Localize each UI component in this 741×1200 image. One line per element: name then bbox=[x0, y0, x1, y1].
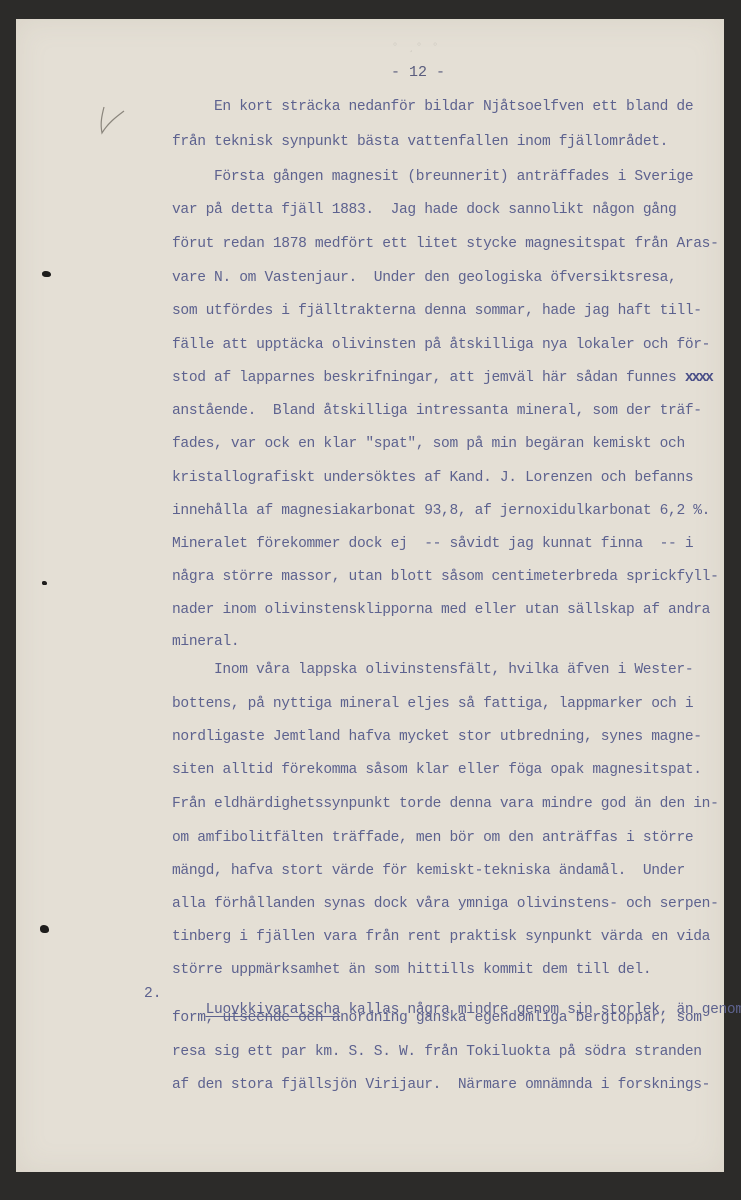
text-line: anstående. Bland åtskilliga intressanta … bbox=[172, 403, 702, 419]
text-line: vare N. om Vastenjaur. Under den geologi… bbox=[172, 270, 676, 286]
text-line-content: större uppmärksamhet än som hittills kom… bbox=[172, 962, 651, 978]
text-line-content: nader inom olivinstensklipporna med elle… bbox=[172, 602, 710, 618]
text-line: om amfibolitfälten träffade, men bör om … bbox=[172, 830, 693, 846]
text-line: mängd, hafva stort värde för kemiskt-tek… bbox=[172, 863, 685, 879]
text-line: Första gången magnesit (breunnerit) antr… bbox=[214, 169, 693, 185]
text-line-content: från teknisk synpunkt bästa vattenfallen… bbox=[172, 134, 668, 150]
text-line: Mineralet förekommer dock ej -- såvidt j… bbox=[172, 536, 693, 552]
text-line-content: förut redan 1878 medfört ett litet styck… bbox=[172, 236, 719, 252]
text-line: fades, var ock en klar "spat", som på mi… bbox=[172, 436, 685, 452]
text-line: några större massor, utan blott såsom ce… bbox=[172, 569, 719, 585]
text-line-content: En kort sträcka nedanför bildar Njåtsoel… bbox=[214, 99, 693, 115]
text-line: förut redan 1878 medfört ett litet styck… bbox=[172, 236, 719, 252]
text-line: från teknisk synpunkt bästa vattenfallen… bbox=[172, 134, 668, 150]
text-line: Inom våra lappska olivinstensfält, hvilk… bbox=[214, 662, 693, 678]
text-line-content: kristallografiskt undersöktes af Kand. J… bbox=[172, 470, 693, 486]
document-page: ° ¸° ° - 12 - En kort sträcka nedanför b… bbox=[16, 19, 724, 1172]
page-number: - 12 - bbox=[391, 64, 445, 81]
text-line: innehålla af magnesiakarbonat 93,8, af j… bbox=[172, 503, 710, 519]
text-line-content: Första gången magnesit (breunnerit) antr… bbox=[214, 169, 693, 185]
text-line: alla förhållanden synas dock våra ymniga… bbox=[172, 896, 719, 912]
text-line-content: siten alltid förekomma såsom klar eller … bbox=[172, 762, 702, 778]
text-line: form, utseende och anordning ganska egen… bbox=[172, 1010, 702, 1026]
text-line-content: bottens, på nyttiga mineral eljes så fat… bbox=[172, 696, 693, 712]
text-line: var på detta fjäll 1883. Jag hade dock s… bbox=[172, 202, 676, 218]
checkmark-icon bbox=[88, 99, 128, 139]
struck-out-text: xxxx bbox=[685, 370, 712, 386]
punch-hole-3 bbox=[40, 925, 49, 933]
text-line-content: anstående. Bland åtskilliga intressanta … bbox=[172, 403, 702, 419]
text-line: af den stora fjällsjön Virijaur. Närmare… bbox=[172, 1077, 710, 1093]
text-line-content: form, utseende och anordning ganska egen… bbox=[172, 1010, 702, 1026]
text-line: bottens, på nyttiga mineral eljes så fat… bbox=[172, 696, 693, 712]
text-line-content: Mineralet förekommer dock ej -- såvidt j… bbox=[172, 536, 693, 552]
text-line-content: vare N. om Vastenjaur. Under den geologi… bbox=[172, 270, 676, 286]
text-line-content: fades, var ock en klar "spat", som på mi… bbox=[172, 436, 685, 452]
text-line-content: resa sig ett par km. S. S. W. från Tokil… bbox=[172, 1044, 702, 1060]
text-line-content: nordligaste Jemtland hafva mycket stor u… bbox=[172, 729, 702, 745]
text-line: större uppmärksamhet än som hittills kom… bbox=[172, 962, 651, 978]
punch-hole-2 bbox=[42, 581, 47, 585]
faint-stamp: ° ¸° ° bbox=[392, 42, 440, 53]
text-line: fälle att upptäcka olivinsten på åtskill… bbox=[172, 337, 710, 353]
text-line-content: Från eldhärdighetssynpunkt torde denna v… bbox=[172, 796, 719, 812]
text-line-content: som utfördes i fjälltrakterna denna somm… bbox=[172, 303, 702, 319]
text-line: En kort sträcka nedanför bildar Njåtsoel… bbox=[214, 99, 693, 115]
text-line: kristallografiskt undersöktes af Kand. J… bbox=[172, 470, 693, 486]
text-line-content: några större massor, utan blott såsom ce… bbox=[172, 569, 719, 585]
text-line-content: alla förhållanden synas dock våra ymniga… bbox=[172, 896, 719, 912]
text-line: resa sig ett par km. S. S. W. från Tokil… bbox=[172, 1044, 702, 1060]
text-line: tinberg i fjällen vara från rent praktis… bbox=[172, 929, 710, 945]
text-line-content: stod af lapparnes beskrifningar, att jem… bbox=[172, 370, 676, 386]
text-line-content: mängd, hafva stort värde för kemiskt-tek… bbox=[172, 863, 685, 879]
text-line-content: innehålla af magnesiakarbonat 93,8, af j… bbox=[172, 503, 710, 519]
text-line-content: Inom våra lappska olivinstensfält, hvilk… bbox=[214, 662, 693, 678]
text-line-content: mineral. bbox=[172, 634, 239, 650]
text-line-content: tinberg i fjällen vara från rent praktis… bbox=[172, 929, 710, 945]
text-line: som utfördes i fjälltrakterna denna somm… bbox=[172, 303, 702, 319]
text-line: Från eldhärdighetssynpunkt torde denna v… bbox=[172, 796, 719, 812]
text-line-content: fälle att upptäcka olivinsten på åtskill… bbox=[172, 337, 710, 353]
text-line-content: var på detta fjäll 1883. Jag hade dock s… bbox=[172, 202, 676, 218]
text-line: stod af lapparnes beskrifningar, att jem… bbox=[172, 370, 712, 386]
text-line: nordligaste Jemtland hafva mycket stor u… bbox=[172, 729, 702, 745]
text-line: nader inom olivinstensklipporna med elle… bbox=[172, 602, 710, 618]
text-line-content: af den stora fjällsjön Virijaur. Närmare… bbox=[172, 1077, 710, 1093]
text-line: mineral. bbox=[172, 634, 239, 650]
punch-hole-1 bbox=[42, 271, 51, 277]
text-line: siten alltid förekomma såsom klar eller … bbox=[172, 762, 702, 778]
item-number: 2. bbox=[144, 986, 162, 1002]
text-line-content: om amfibolitfälten träffade, men bör om … bbox=[172, 830, 693, 846]
